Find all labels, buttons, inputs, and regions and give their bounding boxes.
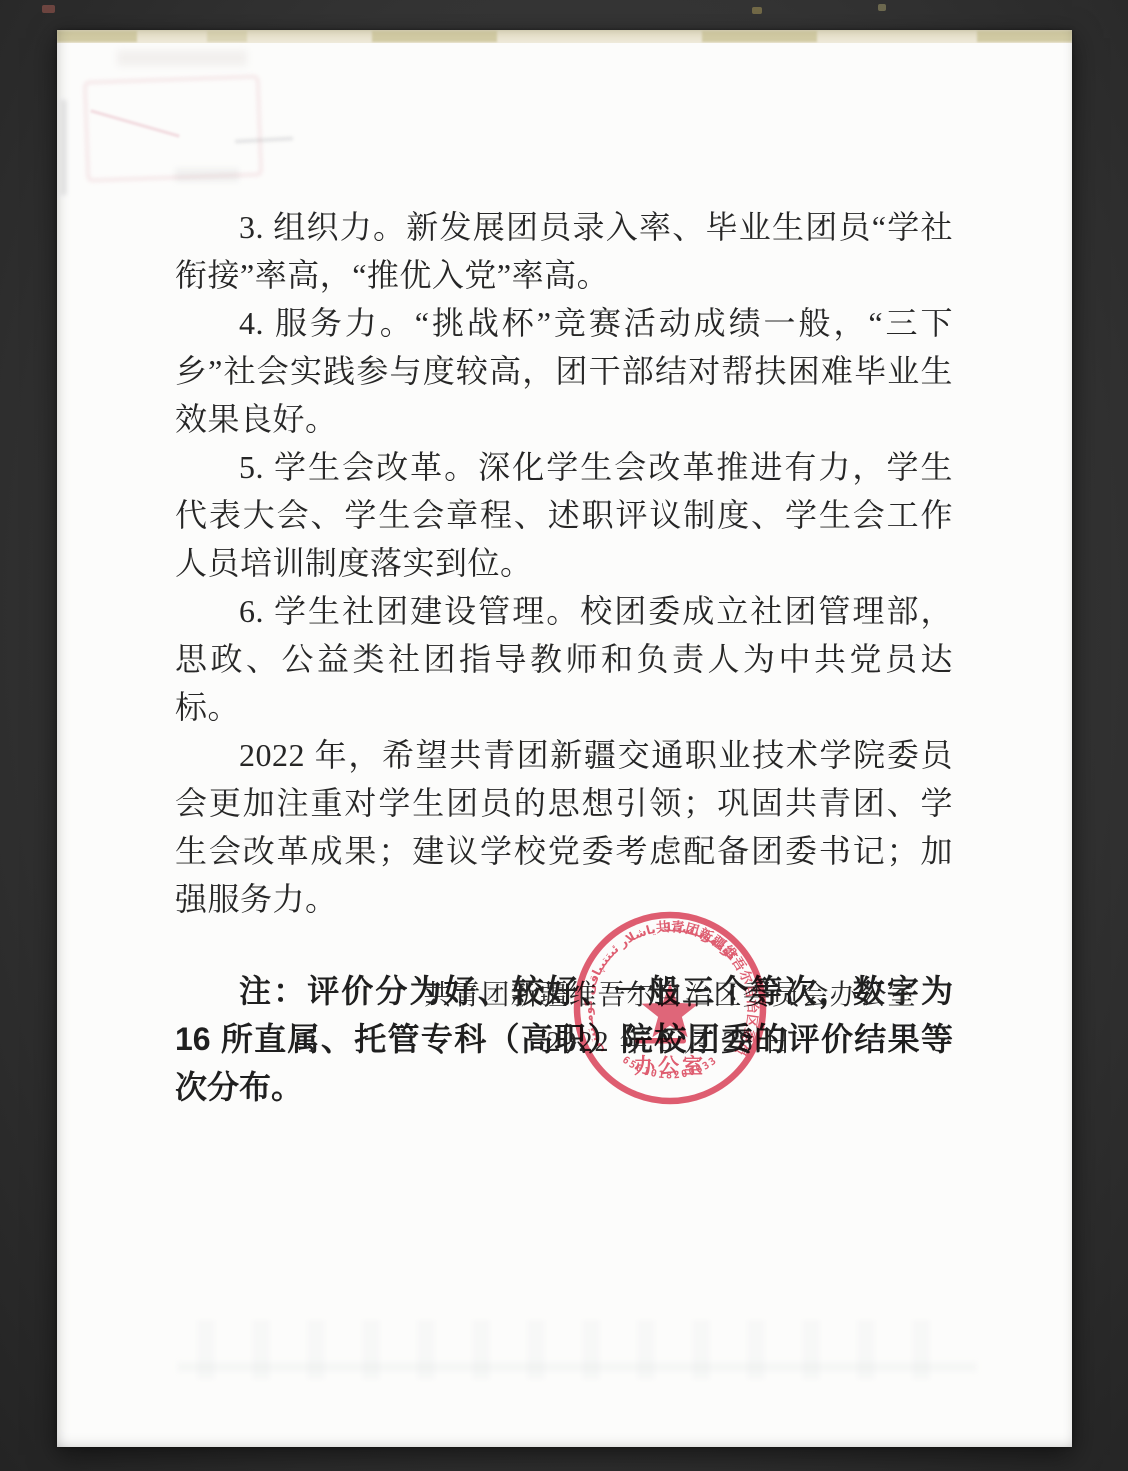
paragraph-item-6: 6. 学生社团建设管理。校团委成立社团管理部，思政、公益类社团指导教师和负责人为…: [175, 587, 953, 731]
scan-band-patch: [977, 31, 1072, 42]
scan-smudge: [235, 136, 293, 143]
scan-smudge: [117, 50, 247, 66]
scan-smudge: [175, 168, 239, 182]
paragraph-item-3: 3. 组织力。新发展团员录入率、毕业生团员“学社衔接”率高，“推优入党”率高。: [175, 203, 953, 299]
scan-debris-speck: [42, 5, 55, 13]
paragraph-summary-2022: 2022 年，希望共青团新疆交通职业技术学院委员会更加注重对学生团员的思想引领；…: [175, 731, 953, 923]
scan-smudge: [90, 109, 179, 137]
scan-band-patch: [57, 31, 137, 42]
scan-streaks: [177, 1362, 977, 1372]
paragraph-item-5: 5. 学生会改革。深化学生会改革推进有力，学生代表大会、学生会章程、述职评议制度…: [175, 443, 953, 587]
scan-debris-speck: [752, 7, 762, 14]
document-body: 3. 组织力。新发展团员录入率、毕业生团员“学社衔接”率高，“推优入党”率高。 …: [175, 203, 953, 1111]
paragraph-item-4: 4. 服务力。“挑战杯”竞赛活动成绩一般，“三下乡”社会实践参与度较高，团干部结…: [175, 299, 953, 443]
official-seal: كوممۇنىستىك ياشلار ئىتتىپاقى كومىتېتى 共青…: [570, 908, 770, 1108]
scan-band-patch: [372, 31, 497, 42]
scan-band-patch: [702, 31, 817, 42]
scan-band-patch: [207, 31, 247, 42]
document-page: 3. 组织力。新发展团员录入率、毕业生团员“学社衔接”率高，“推优入党”率高。 …: [57, 30, 1072, 1447]
scan-smudge: [61, 100, 67, 195]
scan-artifact-band: [57, 30, 1072, 43]
seal-star-icon: [642, 983, 699, 1037]
scan-smudge: [83, 75, 262, 182]
official-seal-graphic: كوممۇنىستىك ياشلار ئىتتىپاقى كومىتېتى 共青…: [570, 908, 770, 1108]
scan-streaks: [197, 1320, 937, 1380]
scan-photo-background: 3. 组织力。新发展团员录入率、毕业生团员“学社衔接”率高，“推优入党”率高。 …: [0, 0, 1128, 1471]
scan-debris-speck: [878, 4, 886, 11]
seal-uyghur-bar: [635, 1038, 686, 1044]
